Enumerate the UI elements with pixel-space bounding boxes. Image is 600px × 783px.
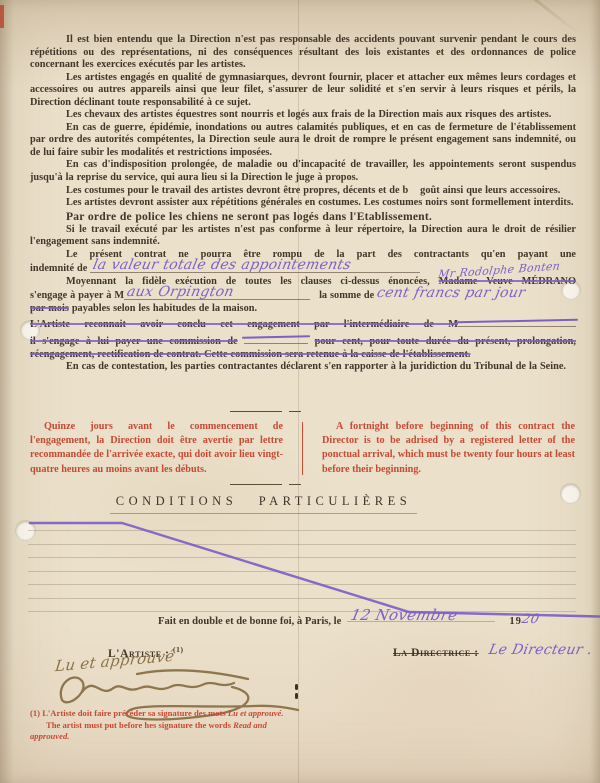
- clause-juridiction: En cas de contestation, les parties cont…: [30, 361, 576, 374]
- punch-hole: [561, 484, 580, 503]
- fold-ink-dot: [295, 693, 298, 699]
- struck-par-mois: par mois: [30, 303, 69, 314]
- blank-rule: [28, 544, 576, 545]
- fold-ink-dot: [295, 684, 298, 690]
- contract-clauses: Il est bien entendu que la Direction n'e…: [30, 34, 576, 374]
- handwritten-sum: cent francs par jour: [376, 287, 527, 300]
- section-divider: [230, 484, 301, 485]
- blank-rule: [28, 584, 576, 585]
- intermediaire-blank: [458, 315, 576, 327]
- payment-line2: s'engage à payer à Maux Orpington la som…: [30, 288, 576, 303]
- footnote-french: (1) L'Artiste doit faire précéder sa sig…: [30, 708, 310, 720]
- footnote-number: (1): [30, 708, 40, 718]
- arrival-notice: Quinze jours avant le commencement de l'…: [30, 420, 576, 477]
- notice-divider-rule: [302, 422, 303, 475]
- footnote-english: The artist must put before hes signature…: [30, 720, 310, 732]
- conditions-heading-wrap: CONDITIONS PARTICULIÈRES: [0, 492, 527, 514]
- commission-line1: L'Artiste reconnait avoir conclu cet eng…: [30, 315, 576, 332]
- clause-indisposition: En cas d'indisposition prolongée, de mal…: [30, 159, 576, 184]
- clause-costumes: Les costumes pour le travail des artiste…: [30, 185, 576, 198]
- indemnity-label: indemnité de: [30, 263, 87, 274]
- closing-line: Fait en double et de bonne foi, à Paris,…: [158, 610, 588, 628]
- clause-chevaux: Les chevaux des artistes équestres sont …: [30, 109, 576, 122]
- handwritten-payee-name: aux Orpington: [126, 286, 235, 299]
- clause-repetitions: Les artistes devront assister aux répéti…: [30, 197, 576, 210]
- blank-rule: [28, 530, 576, 531]
- paper-edge-left: [0, 0, 14, 783]
- clause-guerre: En cas de guerre, épidémie, inondations …: [30, 122, 576, 160]
- footnote-english-cont: approuved.: [30, 731, 310, 743]
- paper-edge-right: [590, 0, 600, 783]
- notice-french-column: Quinze jours avant le commencement de l'…: [30, 420, 283, 477]
- footnote: (1) L'Artiste doit faire précéder sa sig…: [30, 708, 310, 743]
- clause-repertoire: Si le travail exécuté par les artistes n…: [30, 224, 576, 249]
- payment-line3: par mois payables selon les habitudes de…: [30, 303, 576, 316]
- commission-amount-blank: [244, 332, 308, 344]
- notice-english-column: A fortnight before beginning of this con…: [322, 420, 575, 477]
- handwritten-date: 12 Novembre: [349, 606, 459, 624]
- date-blank: 12 Novembre: [347, 610, 495, 622]
- somme-label: la somme de: [319, 290, 374, 301]
- directrice-signature-label: La Directrice : Le Directeur .: [393, 643, 592, 661]
- commission-line3: réengagement, rectification de contrat. …: [30, 349, 576, 362]
- blank-rule: [28, 557, 576, 558]
- red-corner-mark: [0, 5, 4, 28]
- section-divider: [230, 411, 301, 412]
- clause-gymnasiarques: Les artistes engagés en qualité de gymna…: [30, 72, 576, 110]
- indemnity-blank: la valeur totale des appointements: [90, 261, 420, 273]
- commission-line2: il s'engage à lui payer une commission d…: [30, 332, 576, 349]
- payee-blank: aux Orpington: [124, 288, 310, 300]
- handwritten-le-directeur: Le Directeur .: [487, 642, 594, 658]
- scanned-contract-page: { "colors":{"paper":"#ebe0ca","print_ink…: [0, 0, 600, 783]
- blank-rule: [28, 571, 576, 572]
- conditions-heading: CONDITIONS PARTICULIÈRES: [110, 494, 417, 514]
- handwritten-indemnity-value: la valeur totale des appointements: [92, 259, 353, 272]
- blank-rule: [28, 598, 576, 599]
- closing-printed: Fait en double et de bonne foi, à Paris,…: [158, 616, 341, 627]
- struck-la-directrice: La Directrice :: [393, 647, 479, 659]
- handwritten-year: 20: [520, 612, 540, 627]
- clause-accidents: Il est bien entendu que la Direction n'e…: [30, 34, 576, 72]
- clause-chiens-bold: Par ordre de police les chiens ne seront…: [30, 210, 576, 224]
